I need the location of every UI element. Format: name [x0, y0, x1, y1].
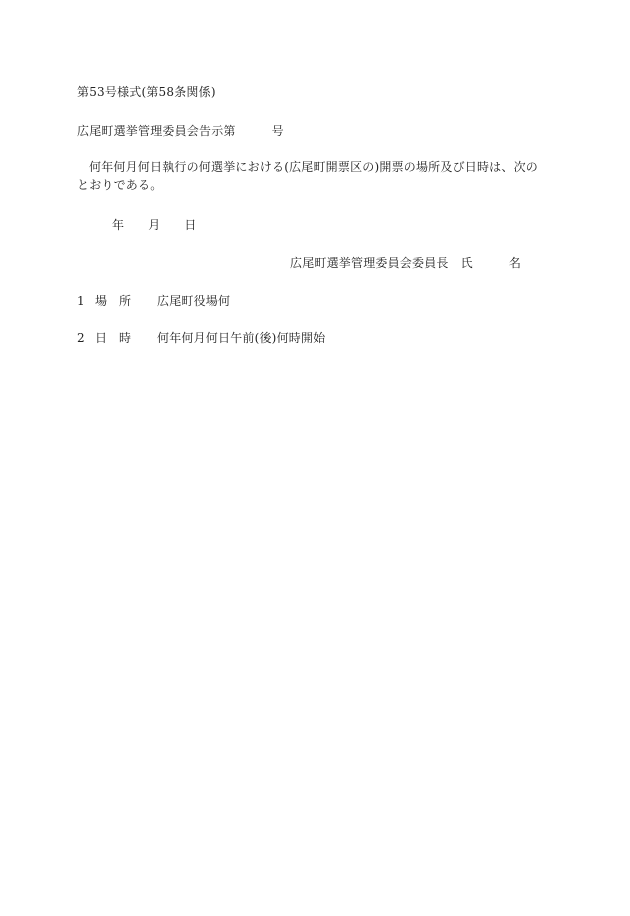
item-number: 1 — [77, 292, 95, 310]
item-number: 2 — [77, 329, 95, 347]
body-paragraph: 何年何月何日執行の何選挙における(広尾町開票区の)開票の場所及び日時は、次のとお… — [77, 158, 547, 194]
signature-title: 広尾町選挙管理委員会委員長 — [290, 256, 449, 270]
list-item-place: 1場所広尾町役場何 — [77, 292, 230, 310]
date-year: 年 — [112, 216, 124, 234]
item-value: 広尾町役場何 — [157, 294, 230, 308]
notice-title-suffix: 号 — [272, 124, 284, 138]
item-value: 何年何月何日午前(後)何時開始 — [157, 331, 325, 345]
item-label-char2: 所 — [119, 292, 157, 310]
notice-title: 広尾町選挙管理委員会告示第号 — [77, 122, 284, 140]
list-item-datetime: 2日時何年何月何日午前(後)何時開始 — [77, 329, 325, 347]
document-page: 第53号様式(第58条関係) 広尾町選挙管理委員会告示第号 何年何月何日執行の何… — [0, 0, 630, 916]
item-label-char2: 時 — [119, 329, 157, 347]
item-label-char1: 場 — [95, 292, 119, 310]
signature-line: 広尾町選挙管理委員会委員長氏名 — [290, 254, 521, 272]
form-number: 第53号様式(第58条関係) — [77, 83, 216, 101]
signature-name-2: 名 — [509, 256, 521, 270]
signature-name-1: 氏 — [461, 256, 473, 270]
date-month: 月 — [148, 216, 160, 234]
date-line: 年月日 — [112, 216, 197, 234]
date-day: 日 — [184, 216, 196, 234]
notice-title-prefix: 広尾町選挙管理委員会告示第 — [77, 124, 236, 138]
item-label-char1: 日 — [95, 329, 119, 347]
